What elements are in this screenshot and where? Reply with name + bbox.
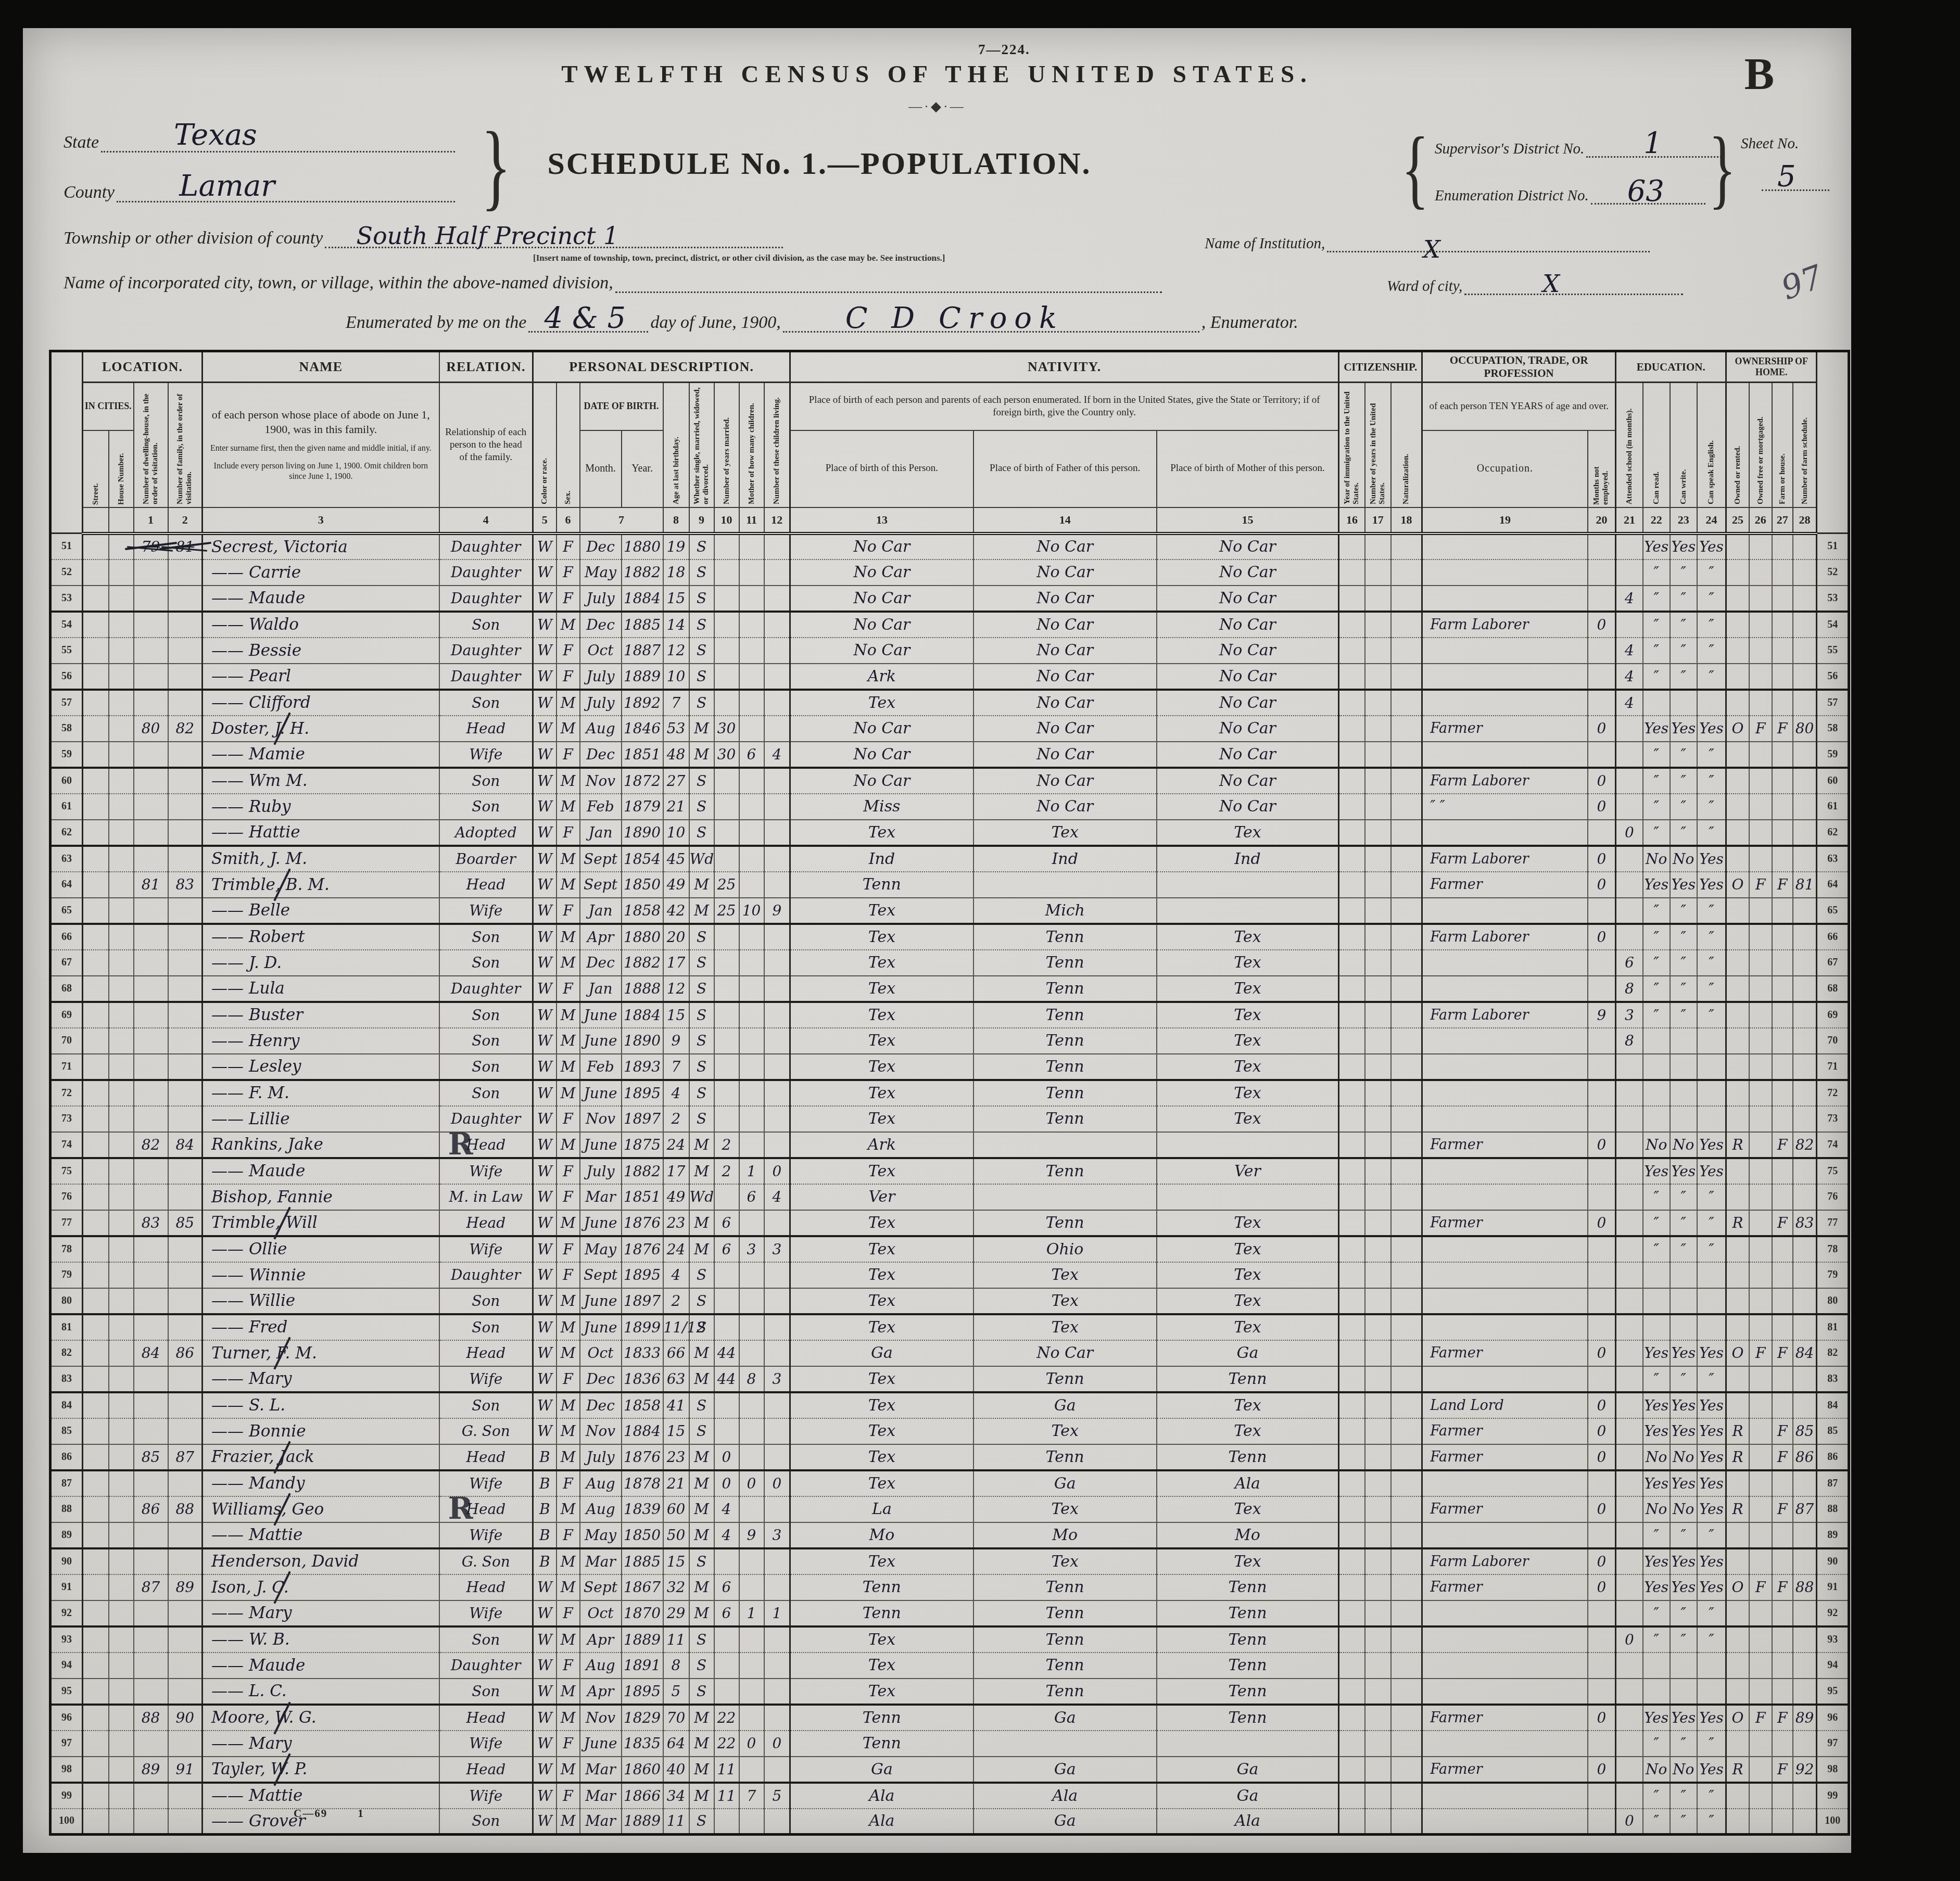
cell-color: W (533, 1366, 557, 1392)
cell-immigration-year (1339, 950, 1365, 976)
cell-color: W (533, 1783, 557, 1809)
street-header: Street. (83, 430, 109, 507)
cell-pob-person: Tex (790, 924, 973, 950)
cell-birth-year: 1866 (622, 1783, 663, 1809)
cell-marital-status: S (689, 768, 714, 794)
cell-years-married (714, 1054, 739, 1080)
cell-naturalization (1391, 1392, 1422, 1418)
cell-age: 15 (663, 1548, 689, 1574)
cell-occupation: Farmer (1422, 1132, 1588, 1158)
row-number-right: 92 (1817, 1600, 1849, 1626)
cell-occupation: Farm Laborer (1422, 846, 1588, 872)
cell-mother-of-children: 10 (739, 898, 764, 924)
cell-dwelling-number (134, 1679, 168, 1705)
cell-dwelling-number: 86 (134, 1496, 168, 1522)
cell-can-write (1670, 1028, 1697, 1054)
cell-dwelling-number (134, 1783, 168, 1809)
cell-pob-father: No Car (973, 612, 1157, 638)
cell-house-number (109, 742, 134, 768)
cell-can-read: ″ (1643, 586, 1670, 612)
cell-attended-school (1616, 1731, 1643, 1757)
cell-dwelling-number (134, 1809, 168, 1835)
cell-attended-school (1616, 1444, 1643, 1470)
cell-farm-house (1772, 846, 1793, 872)
cell-color: W (533, 664, 557, 690)
cell-can-write: ″ (1670, 976, 1697, 1002)
cell-pob-person: Tenn (790, 1600, 973, 1626)
cell-farm-schedule (1793, 742, 1817, 768)
dob-header: DATE OF BIRTH. (580, 383, 663, 430)
cell-pob-person: Tenn (790, 872, 973, 898)
cell-farm-house (1772, 533, 1793, 560)
cell-attended-school: 4 (1616, 690, 1643, 716)
scanned-census-page: 7—224. TWELFTH CENSUS OF THE UNITED STAT… (0, 0, 1960, 1881)
cell-house-number (109, 1366, 134, 1392)
cell-owned-rented: O (1726, 716, 1749, 742)
cell-years-married: 22 (714, 1705, 739, 1731)
table-row: 63Smith, J. M.BoarderWMSept185445WdIndIn… (50, 846, 1849, 872)
cell-sex: M (557, 1028, 580, 1054)
cell-owned-free (1749, 1132, 1772, 1158)
state-line: State Texas (64, 130, 455, 152)
cell-children-living (764, 1080, 790, 1106)
cell-immigration-year (1339, 1028, 1365, 1054)
cell-farm-schedule (1793, 664, 1817, 690)
cell-months-not-employed (1588, 1054, 1616, 1080)
cell-marital-status: S (689, 950, 714, 976)
cell-color: W (533, 768, 557, 794)
row-number-right: 84 (1817, 1392, 1849, 1418)
cell-farm-house (1772, 1002, 1793, 1028)
table-row: 95—— L. C.SonWMApr18955STexTennTenn95 (50, 1679, 1849, 1705)
cell-farm-house (1772, 1548, 1793, 1574)
enumerated-prefix: Enumerated by me on the (346, 313, 526, 332)
cell-can-write: ″ (1670, 1366, 1697, 1392)
cell-sex: M (557, 1340, 580, 1366)
cell-can-read: No (1643, 1132, 1670, 1158)
row-number-right: 98 (1817, 1757, 1849, 1783)
cell-marital-status: S (689, 690, 714, 716)
immigration-year-header: Year of immigration to the United States… (1339, 383, 1365, 507)
cell-can-read: ″ (1643, 664, 1670, 690)
cell-years-in-us (1365, 1548, 1391, 1574)
cell-immigration-year (1339, 664, 1365, 690)
cell-farm-schedule (1793, 768, 1817, 794)
cell-farm-house: F (1772, 1444, 1793, 1470)
cell-name: —— Mattie (203, 1522, 439, 1548)
cell-pob-father: Tex (973, 1314, 1157, 1340)
cell-can-speak-english (1697, 1679, 1726, 1705)
cell-years-married (714, 950, 739, 976)
cell-naturalization (1391, 1236, 1422, 1262)
cell-months-not-employed (1588, 1626, 1616, 1653)
row-number-right: 82 (1817, 1340, 1849, 1366)
cell-marital-status: S (689, 820, 714, 846)
cell-can-read: ″ (1643, 1783, 1670, 1809)
cell-naturalization (1391, 1548, 1422, 1574)
cell-pob-father: Tenn (973, 1366, 1157, 1392)
cell-years-married (714, 794, 739, 820)
cell-color: B (533, 1470, 557, 1496)
cell-can-read (1643, 1028, 1670, 1054)
cell-marital-status: S (689, 1054, 714, 1080)
cell-owned-rented (1726, 1002, 1749, 1028)
cell-owned-free (1749, 1731, 1772, 1757)
cell-marital-status: S (689, 1028, 714, 1054)
row-number-right: 68 (1817, 976, 1849, 1002)
cell-pob-person: Tex (790, 976, 973, 1002)
cell-relation: Daughter (439, 1262, 533, 1288)
cell-age: 7 (663, 690, 689, 716)
cell-naturalization (1391, 1054, 1422, 1080)
cell-mother-of-children (739, 1340, 764, 1366)
cell-age: 27 (663, 768, 689, 794)
cell-color: W (533, 1418, 557, 1444)
cell-owned-rented (1726, 742, 1749, 768)
cell-years-married: 4 (714, 1522, 739, 1548)
cell-immigration-year (1339, 586, 1365, 612)
cell-relation: Wife (439, 742, 533, 768)
cell-can-speak-english: ″ (1697, 950, 1726, 976)
age-header: Age at last birthday. (663, 383, 689, 507)
cell-pob-father: Tenn (973, 1600, 1157, 1626)
row-number-left: 93 (50, 1626, 83, 1653)
row-number-right: 77 (1817, 1210, 1849, 1236)
margin-note: 97 (1776, 258, 1828, 308)
month-header: Month. (580, 430, 622, 507)
cell-mother-of-children (739, 1574, 764, 1600)
enumerator-field: C D Crook (783, 310, 1199, 333)
in-cities-header: IN CITIES. (83, 383, 134, 430)
cell-farm-schedule: 92 (1793, 1757, 1817, 1783)
cell-color: W (533, 924, 557, 950)
cell-attended-school (1616, 1314, 1643, 1340)
cell-pob-father (973, 872, 1157, 898)
cell-can-read: ″ (1643, 1184, 1670, 1210)
cell-can-speak-english: ″ (1697, 560, 1726, 586)
cell-age: 49 (663, 872, 689, 898)
cell-sex: M (557, 1392, 580, 1418)
cell-owned-free (1749, 1522, 1772, 1548)
cell-dwelling-number (134, 690, 168, 716)
cell-street (83, 1626, 109, 1653)
cell-immigration-year (1339, 1418, 1365, 1444)
cell-naturalization (1391, 1444, 1422, 1470)
cell-house-number (109, 768, 134, 794)
cell-immigration-year (1339, 1054, 1365, 1080)
table-row: 68—— LulaDaughterWFJan188812STexTennTex8… (50, 976, 1849, 1002)
cell-name: Henderson, David (203, 1548, 439, 1574)
cell-mother-of-children (739, 716, 764, 742)
cell-months-not-employed (1588, 1470, 1616, 1496)
cell-mother-of-children (739, 1262, 764, 1288)
cell-birth-year: 1876 (622, 1236, 663, 1262)
cell-relation: Wife (439, 1600, 533, 1626)
cell-pob-person: Tex (790, 1679, 973, 1705)
cell-occupation: Farm Laborer (1422, 612, 1588, 638)
cell-house-number (109, 1574, 134, 1600)
row-number-right: 75 (1817, 1158, 1849, 1184)
cell-can-speak-english: Yes (1697, 1470, 1726, 1496)
cell-owned-rented (1726, 533, 1749, 560)
cell-birth-month: July (580, 586, 622, 612)
cell-farm-house (1772, 1314, 1793, 1340)
cell-birth-month: Jan (580, 898, 622, 924)
cell-street (83, 1288, 109, 1314)
cell-farm-schedule (1793, 1002, 1817, 1028)
cell-dwelling-number: 85 (134, 1444, 168, 1470)
row-number-right: 70 (1817, 1028, 1849, 1054)
cell-house-number (109, 976, 134, 1002)
cell-years-in-us (1365, 1028, 1391, 1054)
census-table: LOCATION. NAME RELATION. PERSONAL DESCRI… (49, 350, 1850, 1836)
cell-months-not-employed (1588, 1262, 1616, 1288)
cell-can-read (1643, 1679, 1670, 1705)
table-row: 76Bishop, FannieM. in LawWFMar185149Wd64… (50, 1184, 1849, 1210)
cell-name: —— Henry (203, 1028, 439, 1054)
cell-can-speak-english: ″ (1697, 638, 1726, 664)
cell-can-write: ″ (1670, 1236, 1697, 1262)
row-number-left: 83 (50, 1366, 83, 1392)
cell-pob-mother: Ind (1157, 846, 1339, 872)
cell-years-married: 30 (714, 716, 739, 742)
cell-can-speak-english: ″ (1697, 898, 1726, 924)
cell-sex: F (557, 1366, 580, 1392)
cell-birth-year: 1887 (622, 638, 663, 664)
cell-can-read: Yes (1643, 533, 1670, 560)
cell-family-number (168, 1731, 203, 1757)
cell-age: 23 (663, 1444, 689, 1470)
family-number-header: Number of family, in the order of visita… (168, 383, 203, 507)
row-number-right: 100 (1817, 1809, 1849, 1835)
cell-can-write: ″ (1670, 664, 1697, 690)
cell-can-speak-english: Yes (1697, 872, 1726, 898)
cell-farm-schedule (1793, 1080, 1817, 1106)
cell-attended-school (1616, 1679, 1643, 1705)
cell-farm-house: F (1772, 1340, 1793, 1366)
cell-farm-schedule (1793, 1288, 1817, 1314)
cell-can-read: Yes (1643, 1574, 1670, 1600)
farm-house-header: Farm or house. (1772, 383, 1793, 507)
cell-birth-month: June (580, 1028, 622, 1054)
cell-children-living: 0 (764, 1158, 790, 1184)
cell-farm-schedule (1793, 1470, 1817, 1496)
cell-relation: Head (439, 1210, 533, 1236)
cell-birth-year: 1850 (622, 1522, 663, 1548)
cell-months-not-employed (1588, 1288, 1616, 1314)
table-row: 828486Turner, F. M.HeadWMOct183366M44GaN… (50, 1340, 1849, 1366)
state-county-brace: } (481, 110, 511, 222)
cell-farm-house: F (1772, 1496, 1793, 1522)
cell-farm-house (1772, 1679, 1793, 1705)
cell-birth-year: 1893 (622, 1054, 663, 1080)
cell-sex: F (557, 1783, 580, 1809)
cell-relation: Son (439, 1288, 533, 1314)
cell-immigration-year (1339, 1705, 1365, 1731)
cell-street (83, 1132, 109, 1158)
cell-can-write: ″ (1670, 1731, 1697, 1757)
cell-house-number (109, 1653, 134, 1679)
cell-name: Trimble, B. M. (203, 872, 439, 898)
cell-children-living (764, 1262, 790, 1288)
cell-family-number (168, 768, 203, 794)
cell-can-speak-english: Yes (1697, 1574, 1726, 1600)
cell-family-number: 82 (168, 716, 203, 742)
cell-pob-father: Ga (973, 1392, 1157, 1418)
cell-children-living (764, 690, 790, 716)
cell-dwelling-number (134, 846, 168, 872)
cell-color: W (533, 1158, 557, 1184)
cell-naturalization (1391, 768, 1422, 794)
cell-years-in-us (1365, 664, 1391, 690)
cell-dwelling-number (134, 1184, 168, 1210)
cell-years-married: 4 (714, 1496, 739, 1522)
cell-relation: Daughter (439, 533, 533, 560)
cell-can-write (1670, 1054, 1697, 1080)
cell-attended-school (1616, 846, 1643, 872)
row-number-column-left (50, 351, 83, 533)
cell-house-number (109, 1080, 134, 1106)
cell-years-in-us (1365, 1392, 1391, 1418)
cell-name: —— Bessie (203, 638, 439, 664)
cell-occupation: Farmer (1422, 872, 1588, 898)
state-field: Texas (101, 130, 455, 152)
row-number-left: 53 (50, 586, 83, 612)
cell-pob-person: No Car (790, 533, 973, 560)
cell-immigration-year (1339, 1132, 1365, 1158)
cell-children-living (764, 1028, 790, 1054)
cell-can-speak-english: ″ (1697, 1366, 1726, 1392)
cell-name: —— Carrie (203, 560, 439, 586)
cell-mother-of-children (739, 1496, 764, 1522)
cell-owned-rented (1726, 1054, 1749, 1080)
cell-farm-house (1772, 1184, 1793, 1210)
cell-pob-father: Tenn (973, 1444, 1157, 1470)
personal-group: PERSONAL DESCRIPTION. (533, 351, 790, 383)
cell-immigration-year (1339, 1262, 1365, 1288)
naturalization-header: Naturalization. (1391, 383, 1422, 507)
cell-years-in-us (1365, 1522, 1391, 1548)
cell-can-read (1643, 1054, 1670, 1080)
cell-can-speak-english: ″ (1697, 820, 1726, 846)
cell-owned-free (1749, 1809, 1772, 1835)
cell-sex: F (557, 1158, 580, 1184)
cell-age: 40 (663, 1757, 689, 1783)
row-number-left: 70 (50, 1028, 83, 1054)
cell-children-living: 3 (764, 1236, 790, 1262)
cell-can-write (1670, 1106, 1697, 1132)
cell-mother-of-children (739, 533, 764, 560)
cell-birth-year: 1891 (622, 1653, 663, 1679)
cell-color: W (533, 638, 557, 664)
cell-attended-school (1616, 1418, 1643, 1444)
ownership-group: OWNERSHIP OF HOME. (1726, 351, 1817, 383)
cell-marital-status: M (689, 1236, 714, 1262)
cell-farm-schedule (1793, 1158, 1817, 1184)
cell-pob-father: Tenn (973, 1653, 1157, 1679)
cell-mother-of-children (739, 1444, 764, 1470)
enumerated-days-field: 4 & 5 (528, 310, 648, 333)
cell-immigration-year (1339, 1288, 1365, 1314)
cell-can-read: Yes (1643, 1470, 1670, 1496)
cell-pob-father: Mo (973, 1522, 1157, 1548)
cell-color: B (533, 1496, 557, 1522)
cell-years-in-us (1365, 924, 1391, 950)
cell-farm-schedule (1793, 794, 1817, 820)
cell-farm-schedule (1793, 1548, 1817, 1574)
cell-marital-status: S (689, 1288, 714, 1314)
cell-pob-person: Ala (790, 1783, 973, 1809)
cell-owned-free (1749, 1496, 1772, 1522)
cell-birth-month: Nov (580, 1106, 622, 1132)
cell-name: Bishop, Fannie (203, 1184, 439, 1210)
cell-can-speak-english (1697, 1314, 1726, 1340)
cell-sex: M (557, 690, 580, 716)
cell-color: W (533, 1340, 557, 1366)
cell-children-living (764, 1626, 790, 1653)
cell-can-write: Yes (1670, 1418, 1697, 1444)
cell-marital-status: M (689, 1340, 714, 1366)
cell-family-number: 86 (168, 1340, 203, 1366)
cell-pob-person: Tex (790, 820, 973, 846)
cell-pob-father: No Car (973, 664, 1157, 690)
cell-can-speak-english: Yes (1697, 1158, 1726, 1184)
cell-years-in-us (1365, 742, 1391, 768)
cell-relation: Daughter (439, 1653, 533, 1679)
cell-can-write (1670, 690, 1697, 716)
cell-sex: M (557, 950, 580, 976)
cell-marital-status: M (689, 1731, 714, 1757)
cell-family-number: 85 (168, 1210, 203, 1236)
row-number-left: 99 (50, 1783, 83, 1809)
cell-pob-person: Tex (790, 1314, 973, 1340)
cell-age: 12 (663, 638, 689, 664)
cell-color: W (533, 612, 557, 638)
cell-can-speak-english: ″ (1697, 924, 1726, 950)
cell-color: W (533, 1028, 557, 1054)
cell-house-number (109, 1757, 134, 1783)
cell-farm-schedule (1793, 950, 1817, 976)
cell-can-read: ″ (1643, 794, 1670, 820)
cell-occupation (1422, 1106, 1588, 1132)
cell-pob-person: No Car (790, 560, 973, 586)
cell-naturalization (1391, 1314, 1422, 1340)
cell-children-living (764, 638, 790, 664)
cell-pob-mother: Tenn (1157, 1705, 1339, 1731)
cell-children-living (764, 846, 790, 872)
cell-sex: F (557, 1184, 580, 1210)
city-field (615, 271, 1162, 293)
cell-immigration-year (1339, 924, 1365, 950)
cell-pob-person: No Car (790, 768, 973, 794)
cell-pob-person: Tenn (790, 1705, 973, 1731)
cell-owned-free (1749, 690, 1772, 716)
cell-birth-month: June (580, 1080, 622, 1106)
cell-sex: M (557, 612, 580, 638)
cell-marital-status: S (689, 638, 714, 664)
cell-pob-mother: Ala (1157, 1470, 1339, 1496)
cell-children-living: 9 (764, 898, 790, 924)
cell-pob-mother: Tenn (1157, 1653, 1339, 1679)
cell-can-speak-english: Yes (1697, 716, 1726, 742)
cell-house-number (109, 1418, 134, 1444)
cell-dwelling-number (134, 1653, 168, 1679)
cell-naturalization (1391, 1600, 1422, 1626)
cell-age: 20 (663, 924, 689, 950)
cell-pob-person: Tex (790, 898, 973, 924)
table-row: 78—— OllieWifeWFMay187624M633TexOhioTex″… (50, 1236, 1849, 1262)
cell-years-married (714, 1262, 739, 1288)
